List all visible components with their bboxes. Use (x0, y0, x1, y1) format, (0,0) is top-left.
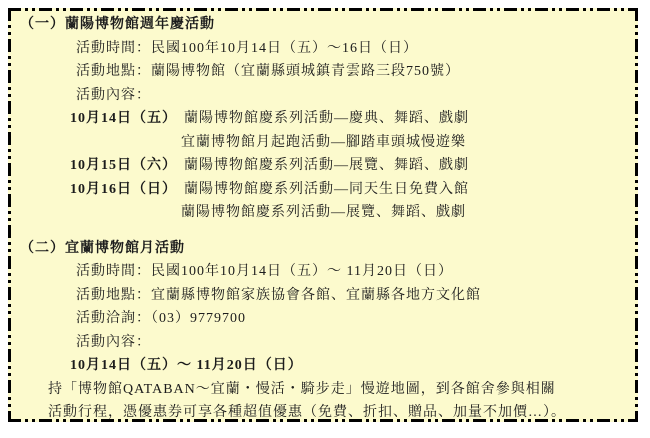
line-event: 10月16日（日）蘭陽博物館慶系列活動—同天生日免費入館 (11, 178, 635, 202)
document-content: （一）蘭陽博物館週年慶活動活動時間：民國100年10月14日（五）～16日（日）… (11, 11, 635, 419)
line-bold: 10月14日（五）～ 11月20日（日） (11, 354, 635, 378)
line-cont: 宜蘭博物館月起跑活動—腳踏車頭城慢遊樂 (11, 131, 635, 155)
page-background: （一）蘭陽博物館週年慶活動活動時間：民國100年10月14日（五）～16日（日）… (0, 0, 650, 438)
line-label: 活動洽詢：（03）9779700 (11, 307, 635, 331)
line-label: 活動時間：民國100年10月14日（五）～16日（日） (11, 37, 635, 61)
section-heading: （一）蘭陽博物館週年慶活動 (11, 13, 635, 37)
event-text: 蘭陽博物館慶系列活動—同天生日免費入館 (184, 182, 469, 197)
line-para: 持「博物館QATABAN～宜蘭・慢活・騎步走」慢遊地圖，到各館舍參與相關 (11, 378, 635, 402)
line-label: 活動內容： (11, 331, 635, 355)
event-text: 蘭陽博物館慶系列活動—展覽、舞蹈、戲劇 (184, 158, 469, 173)
frame-border-right (635, 8, 638, 422)
section-1: （一）蘭陽博物館週年慶活動活動時間：民國100年10月14日（五）～16日（日）… (11, 13, 635, 225)
line-label: 活動內容： (11, 84, 635, 108)
line-event: 10月14日（五）蘭陽博物館慶系列活動—慶典、舞蹈、戲劇 (11, 107, 635, 131)
line-label: 活動時間：民國100年10月14日（五）～ 11月20日（日） (11, 260, 635, 284)
event-date: 10月15日（六） (70, 158, 177, 173)
line-label: 活動地點：蘭陽博物館（宜蘭縣頭城鎮青雲路三段750號） (11, 60, 635, 84)
line-event: 10月15日（六）蘭陽博物館慶系列活動—展覽、舞蹈、戲劇 (11, 154, 635, 178)
line-label: 活動地點：宜蘭縣博物館家族協會各館、宜蘭縣各地方文化館 (11, 284, 635, 308)
section-heading: （二）宜蘭博物館月活動 (11, 237, 635, 261)
event-date: 10月14日（五） (70, 111, 177, 126)
frame-border-bottom (8, 419, 638, 422)
line-cont: 蘭陽博物館慶系列活動—展覽、舞蹈、戲劇 (11, 201, 635, 225)
line-para: 活動行程，憑優惠券可享各種超值優惠（免費、折扣、贈品、加量不加價…）。 (11, 401, 635, 419)
document-frame: （一）蘭陽博物館週年慶活動活動時間：民國100年10月14日（五）～16日（日）… (8, 8, 638, 422)
section-2: （二）宜蘭博物館月活動活動時間：民國100年10月14日（五）～ 11月20日（… (11, 237, 635, 420)
event-date: 10月16日（日） (70, 182, 177, 197)
event-text: 蘭陽博物館慶系列活動—慶典、舞蹈、戲劇 (184, 111, 469, 126)
